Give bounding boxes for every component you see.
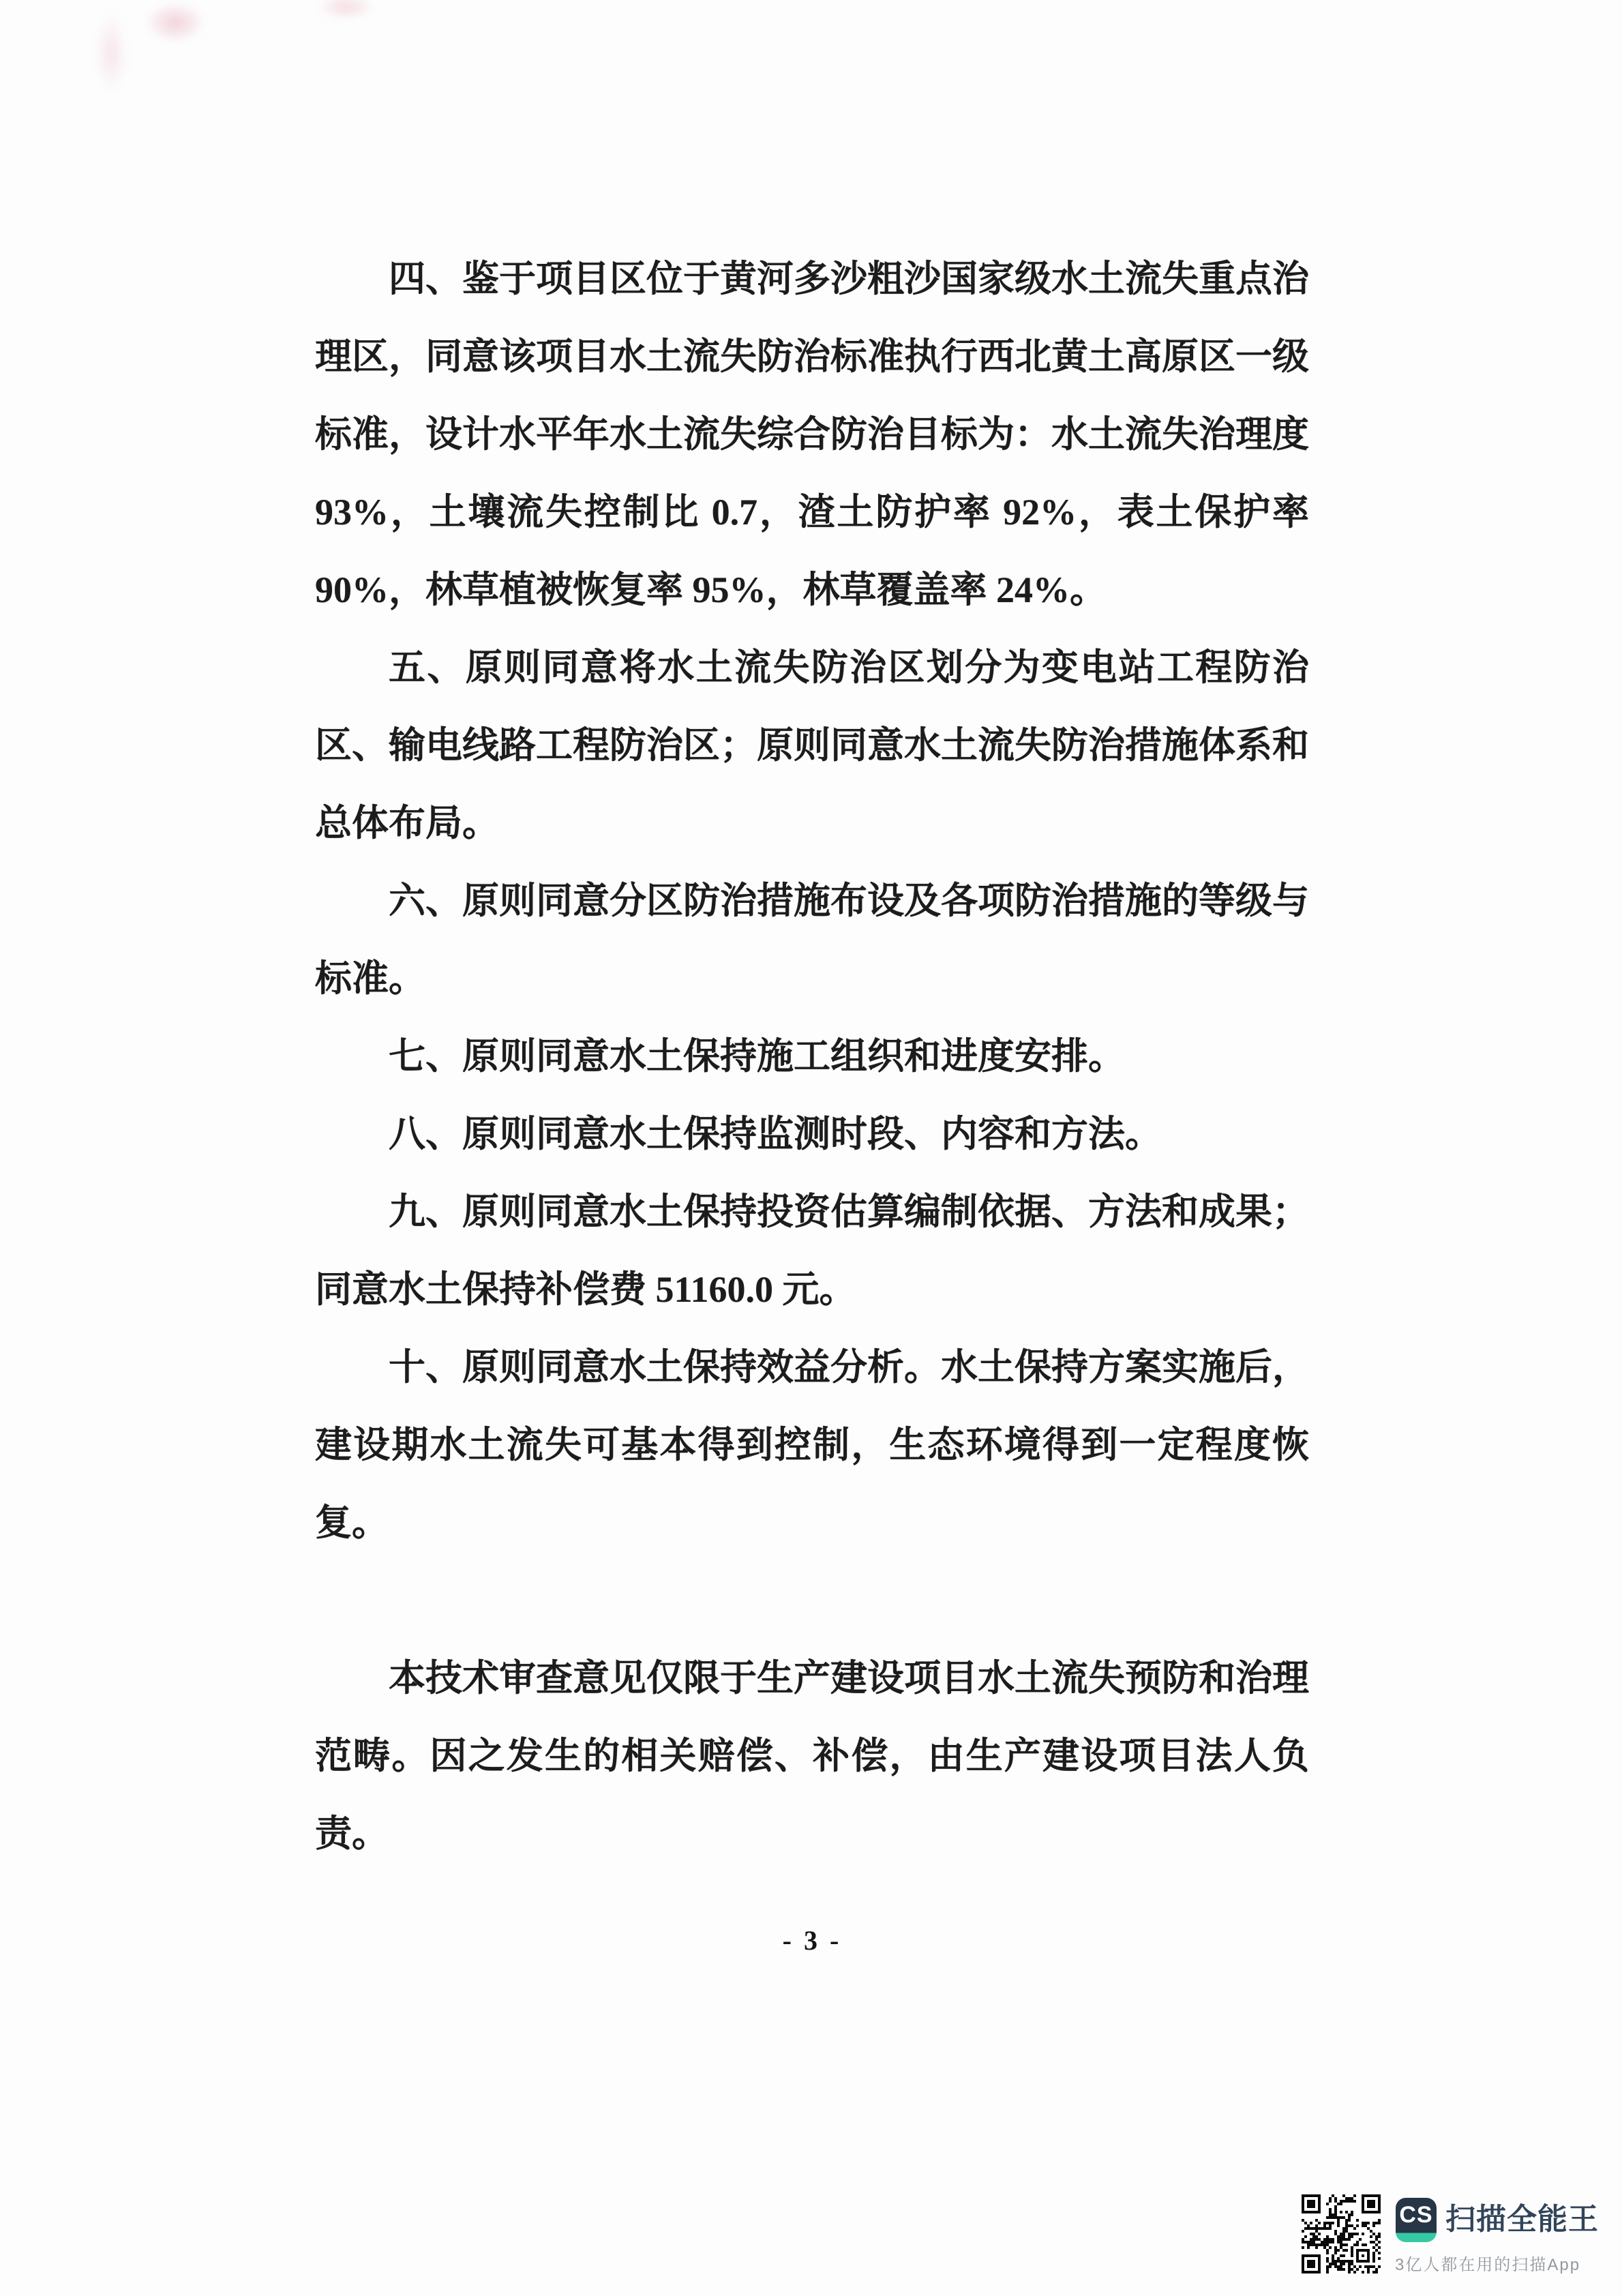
scan-artifact-smudge [317, 0, 375, 20]
paragraph-item-5: 五、原则同意将水土流失防治区划分为变电站工程防治区、输电线路工程防治区；原则同意… [315, 629, 1309, 862]
camscanner-app-name: 扫描全能王 [1445, 2202, 1599, 2237]
scanned-document-page: 四、鉴于项目区位于黄河多沙粗沙国家级水土流失重点治理区，同意该项目水土流失防治标… [0, 0, 1622, 2296]
qr-code-icon [1302, 2194, 1381, 2274]
document-body: 四、鉴于项目区位于黄河多沙粗沙国家级水土流失重点治理区，同意该项目水土流失防治标… [315, 240, 1309, 1873]
paragraph-item-9: 九、原则同意水土保持投资估算编制依据、方法和成果；同意水土保持补偿费 51160… [315, 1173, 1309, 1328]
paragraph-item-8: 八、原则同意水土保持监测时段、内容和方法。 [315, 1095, 1309, 1173]
paragraph-item-10: 十、原则同意水土保持效益分析。水土保持方案实施后，建设期水土流失可基本得到控制，… [315, 1328, 1309, 1562]
camscanner-logo-text: CS [1399, 2198, 1432, 2233]
camscanner-tagline: 3亿人都在用的扫描App [1395, 2251, 1580, 2275]
page-number: - 3 - [315, 1924, 1309, 1956]
paragraph-item-6: 六、原则同意分区防治措施布设及各项防治措施的等级与标准。 [315, 862, 1309, 1017]
paragraph-item-7: 七、原则同意水土保持施工组织和进度安排。 [315, 1017, 1309, 1095]
paragraph-item-4: 四、鉴于项目区位于黄河多沙粗沙国家级水土流失重点治理区，同意该项目水土流失防治标… [315, 240, 1309, 629]
camscanner-watermark: CS 扫描全能王 3亿人都在用的扫描App [1299, 2187, 1622, 2296]
scan-artifact-smudge [145, 1, 206, 44]
scan-artifact-smudge [94, 12, 128, 94]
camscanner-logo-icon: CS [1396, 2198, 1437, 2242]
closing-paragraph: 本技术审查意见仅限于生产建设项目水土流失预防和治理范畴。因之发生的相关赔偿、补偿… [315, 1639, 1309, 1873]
